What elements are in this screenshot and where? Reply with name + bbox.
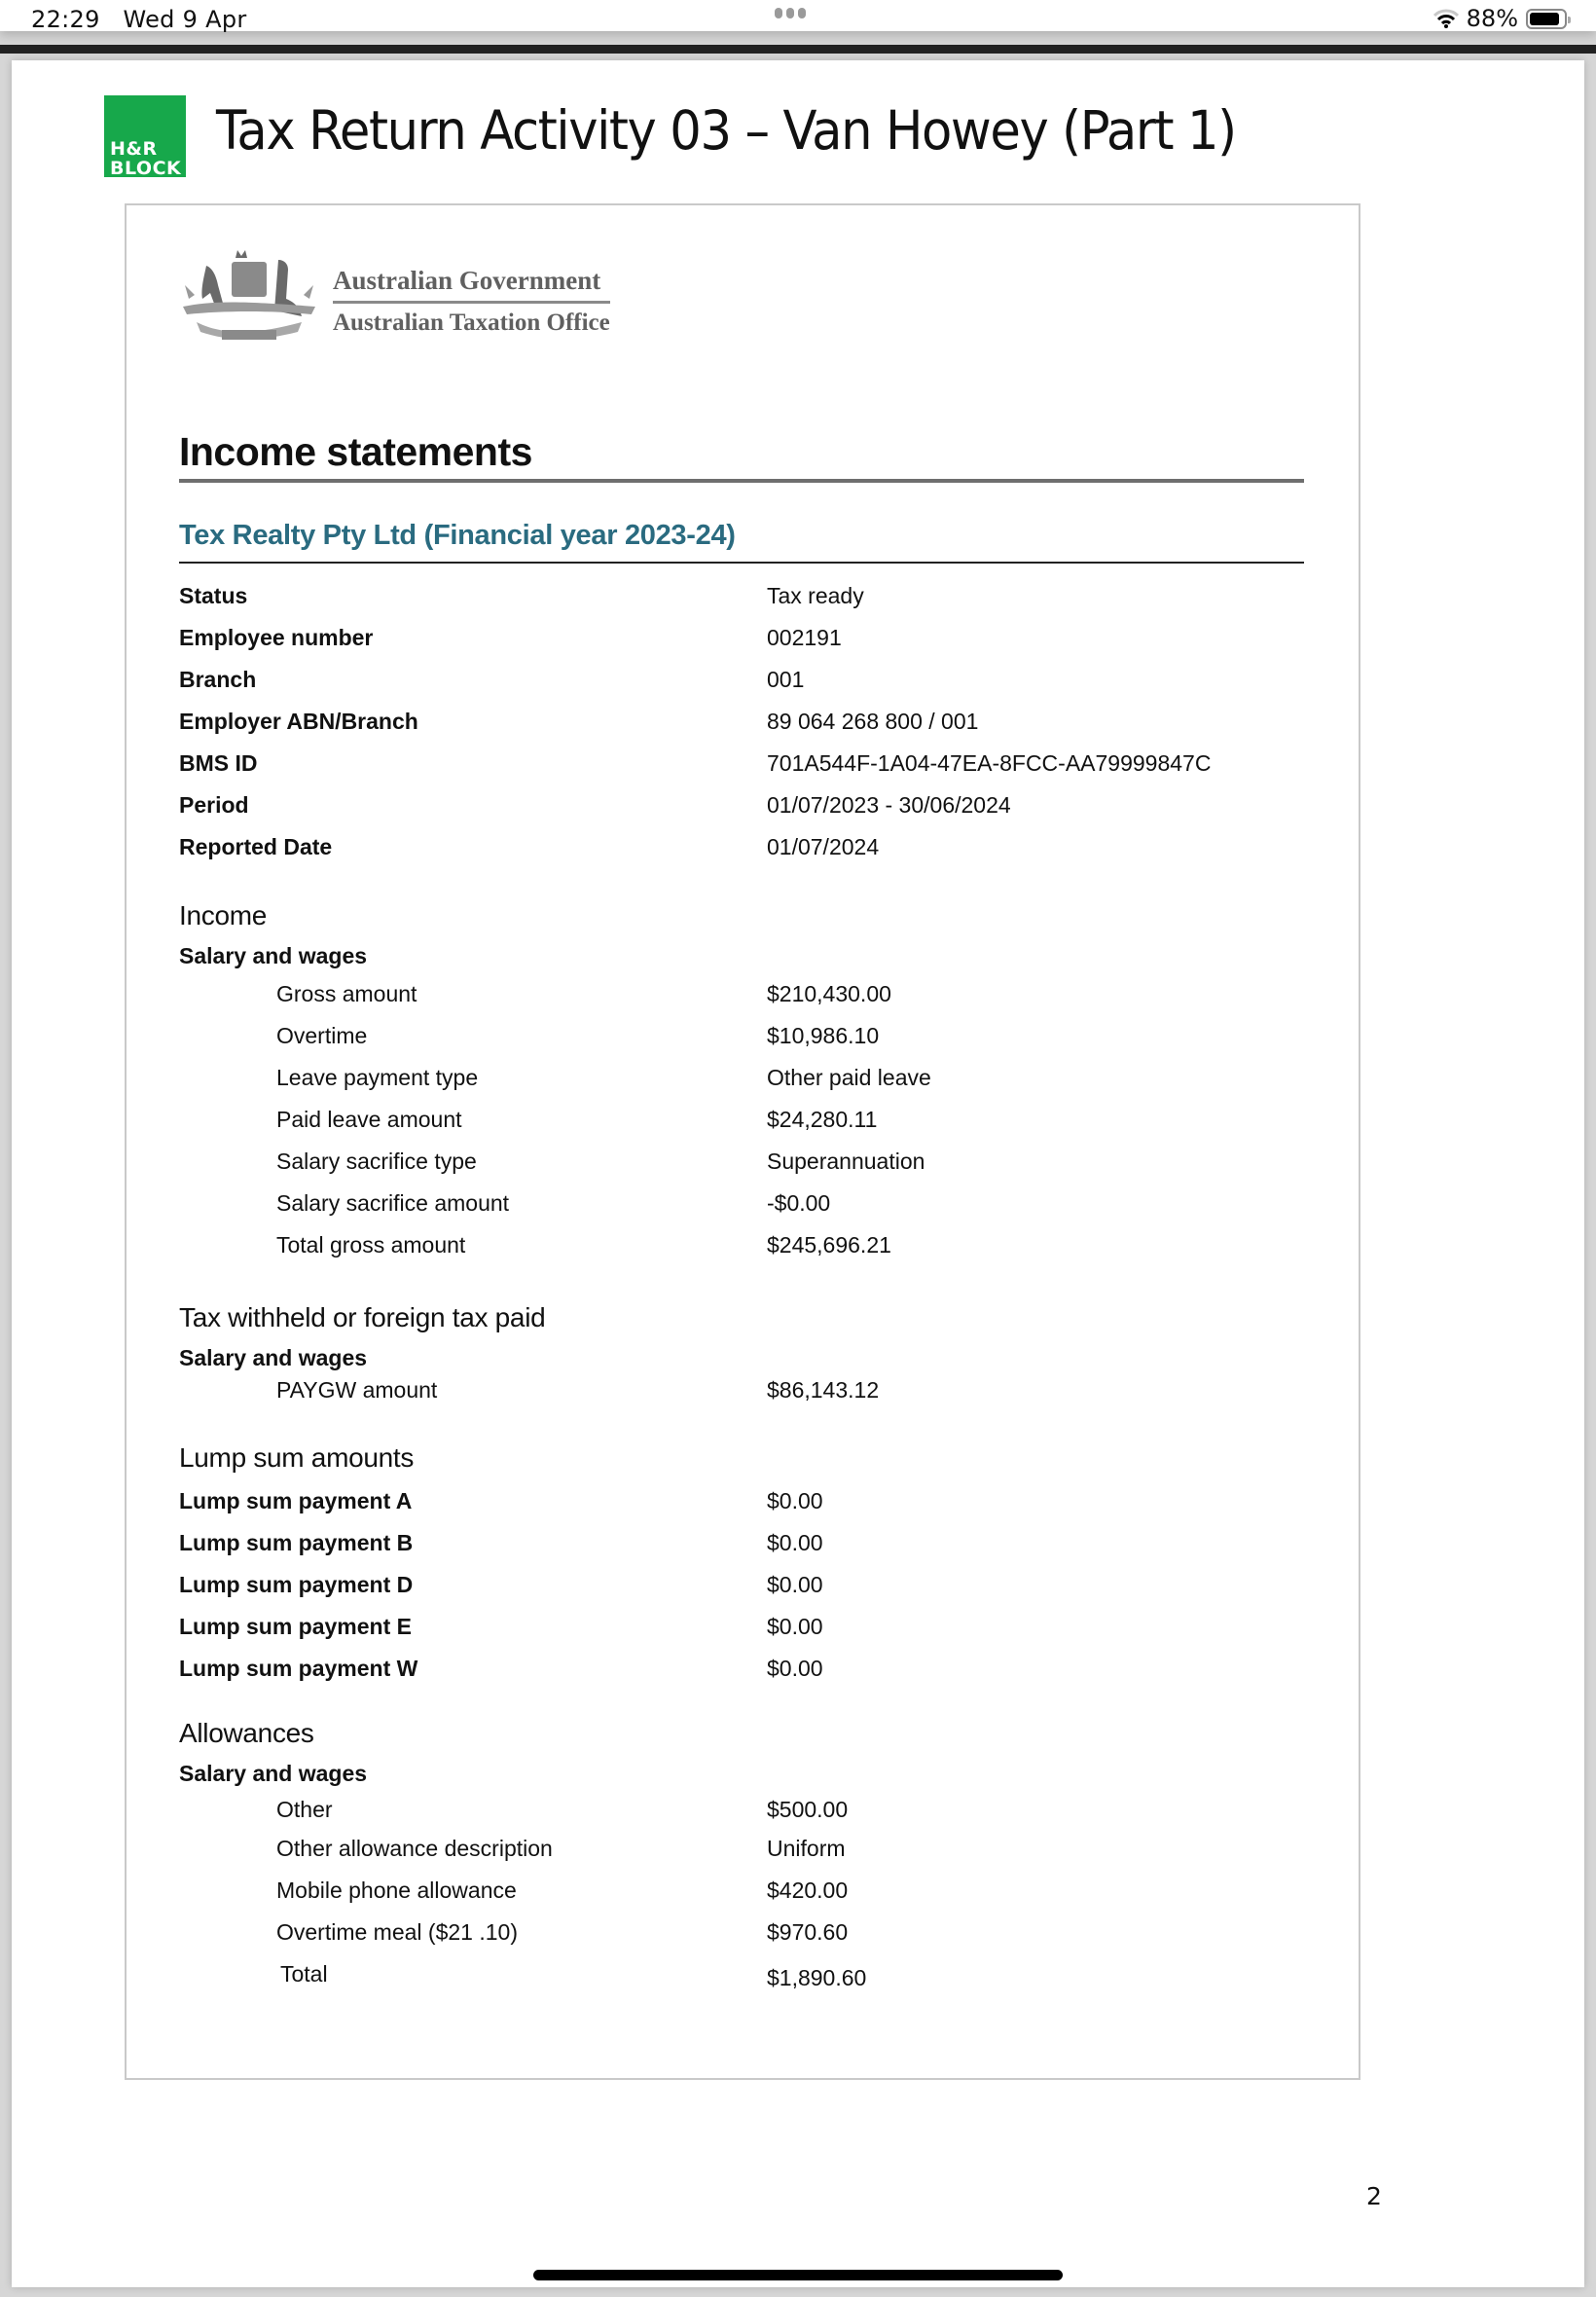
income-row: Salary sacrifice amount-$0.00 bbox=[179, 1183, 1304, 1224]
text: 22:29 bbox=[31, 6, 100, 33]
ato-office-label: Australian Taxation Office bbox=[333, 304, 610, 337]
row-label: Overtime bbox=[276, 1015, 367, 1057]
row-label: Other bbox=[276, 1791, 333, 1828]
income-section-title: Income bbox=[179, 893, 1304, 938]
document-title: Tax Return Activity 03 – Van Howey (Part… bbox=[216, 99, 1236, 162]
battery-icon bbox=[1526, 9, 1567, 29]
row-label: Reported Date bbox=[179, 826, 332, 868]
statement-info: StatusTax ready Employee number002191 Br… bbox=[179, 575, 1304, 868]
row-value: Uniform bbox=[767, 1828, 846, 1870]
coat-of-arms-icon bbox=[177, 246, 321, 355]
home-indicator[interactable] bbox=[533, 2270, 1063, 2280]
row-label: BMS ID bbox=[179, 743, 258, 784]
row-value: $0.00 bbox=[767, 1648, 823, 1690]
lump-sum-row: Lump sum payment B$0.00 bbox=[179, 1522, 1304, 1564]
hr-block-logo: H&R BLOCK bbox=[104, 95, 186, 177]
row-label: Salary sacrifice amount bbox=[276, 1183, 509, 1224]
status-bar: 22:29 Wed 9 Apr 88% bbox=[0, 0, 1596, 31]
row-value: $10,986.10 bbox=[767, 1015, 879, 1057]
income-row: Paid leave amount$24,280.11 bbox=[179, 1099, 1304, 1141]
employer-heading: Tex Realty Pty Ltd (Financial year 2023-… bbox=[179, 520, 1304, 564]
ato-header: Australian Government Australian Taxatio… bbox=[177, 246, 610, 355]
info-row-period: Period01/07/2023 - 30/06/2024 bbox=[179, 784, 1304, 826]
tax-withheld-group-title: Salary and wages bbox=[179, 1340, 1304, 1375]
row-label: Employee number bbox=[179, 617, 373, 659]
statement-heading: Income statements bbox=[179, 429, 1304, 483]
row-label: Other allowance description bbox=[276, 1828, 553, 1870]
row-label: Lump sum payment W bbox=[179, 1648, 417, 1690]
allowance-row: Other$500.00 bbox=[179, 1791, 1304, 1828]
row-value: $86,143.12 bbox=[767, 1375, 879, 1404]
row-value: $245,696.21 bbox=[767, 1224, 891, 1266]
row-label: Lump sum payment B bbox=[179, 1522, 413, 1564]
allowances-section-title: Allowances bbox=[179, 1711, 1304, 1756]
document-page: H&R BLOCK Tax Return Activity 03 – Van H… bbox=[12, 60, 1584, 2287]
row-value: $0.00 bbox=[767, 1564, 823, 1606]
tax-withheld-row: PAYGW amount$86,143.12 bbox=[179, 1375, 1304, 1404]
info-row-branch: Branch001 bbox=[179, 659, 1304, 701]
row-label: Leave payment type bbox=[276, 1057, 478, 1099]
row-label: Mobile phone allowance bbox=[276, 1870, 517, 1912]
tax-withheld-section-title: Tax withheld or foreign tax paid bbox=[179, 1295, 1304, 1340]
row-label: Total bbox=[280, 1953, 328, 1995]
ato-government-label: Australian Government bbox=[333, 266, 610, 304]
row-value: $0.00 bbox=[767, 1480, 823, 1522]
row-label: Lump sum payment E bbox=[179, 1606, 412, 1648]
info-row-status: StatusTax ready bbox=[179, 575, 1304, 617]
row-label: PAYGW amount bbox=[276, 1375, 437, 1404]
row-value: $970.60 bbox=[767, 1912, 848, 1953]
row-label: Paid leave amount bbox=[276, 1099, 462, 1141]
text: BLOCK bbox=[110, 159, 186, 178]
allowance-row: Overtime meal ($21 .10)$970.60 bbox=[179, 1912, 1304, 1953]
multitasking-dots-icon[interactable] bbox=[775, 8, 806, 18]
row-value: $24,280.11 bbox=[767, 1099, 877, 1141]
income-row: Leave payment typeOther paid leave bbox=[179, 1057, 1304, 1099]
row-value: 01/07/2024 bbox=[767, 826, 879, 868]
row-value: 701A544F-1A04-47EA-8FCC-AA79999847C bbox=[767, 743, 1211, 784]
battery-percent: 88% bbox=[1467, 5, 1518, 32]
row-label: Period bbox=[179, 784, 249, 826]
toolbar-divider bbox=[0, 45, 1596, 54]
allowance-total-row: Total$1,890.60 bbox=[179, 1953, 1304, 1995]
income-row: Total gross amount$245,696.21 bbox=[179, 1224, 1304, 1266]
text: Wed 9 Apr bbox=[123, 6, 246, 33]
row-label: Salary sacrifice type bbox=[276, 1141, 477, 1183]
row-value: $210,430.00 bbox=[767, 973, 891, 1015]
page-number: 2 bbox=[1366, 2182, 1382, 2210]
row-value: 89 064 268 800 / 001 bbox=[767, 701, 978, 743]
income-statement-frame: Australian Government Australian Taxatio… bbox=[125, 203, 1360, 2080]
lump-sum-row: Lump sum payment A$0.00 bbox=[179, 1480, 1304, 1522]
row-label: Lump sum payment A bbox=[179, 1480, 412, 1522]
row-label: Status bbox=[179, 575, 247, 617]
row-value: $420.00 bbox=[767, 1870, 848, 1912]
row-value: $1,890.60 bbox=[767, 1957, 866, 1999]
row-label: Employer ABN/Branch bbox=[179, 701, 418, 743]
row-value: Superannuation bbox=[767, 1141, 925, 1183]
row-value: $0.00 bbox=[767, 1522, 823, 1564]
row-label: Lump sum payment D bbox=[179, 1564, 413, 1606]
row-value: 002191 bbox=[767, 617, 842, 659]
lump-sum-row: Lump sum payment D$0.00 bbox=[179, 1564, 1304, 1606]
income-row: Salary sacrifice typeSuperannuation bbox=[179, 1141, 1304, 1183]
info-row-abn: Employer ABN/Branch89 064 268 800 / 001 bbox=[179, 701, 1304, 743]
info-row-reported-date: Reported Date01/07/2024 bbox=[179, 826, 1304, 868]
row-value: Tax ready bbox=[767, 575, 864, 617]
wifi-icon bbox=[1433, 9, 1459, 28]
row-value: 01/07/2023 - 30/06/2024 bbox=[767, 784, 1011, 826]
row-label: Total gross amount bbox=[276, 1224, 465, 1266]
row-label: Overtime meal ($21 .10) bbox=[276, 1912, 518, 1953]
row-label: Branch bbox=[179, 659, 256, 701]
row-value: $500.00 bbox=[767, 1791, 848, 1828]
info-row-bms-id: BMS ID701A544F-1A04-47EA-8FCC-AA79999847… bbox=[179, 743, 1304, 784]
statement-content: Income statements Tex Realty Pty Ltd (Fi… bbox=[179, 429, 1304, 1995]
row-value: 001 bbox=[767, 659, 804, 701]
row-value: Other paid leave bbox=[767, 1057, 931, 1099]
income-row: Gross amount$210,430.00 bbox=[179, 973, 1304, 1015]
allowance-row: Other allowance descriptionUniform bbox=[179, 1828, 1304, 1870]
allowance-row: Mobile phone allowance$420.00 bbox=[179, 1870, 1304, 1912]
row-value: $0.00 bbox=[767, 1606, 823, 1648]
lump-sum-section-title: Lump sum amounts bbox=[179, 1436, 1304, 1480]
lump-sum-row: Lump sum payment E$0.00 bbox=[179, 1606, 1304, 1648]
status-time: 22:29 Wed 9 Apr bbox=[31, 6, 247, 33]
lump-sum-row: Lump sum payment W$0.00 bbox=[179, 1648, 1304, 1690]
allowances-group-title: Salary and wages bbox=[179, 1756, 1304, 1791]
text: H&R bbox=[110, 139, 186, 159]
income-group-title: Salary and wages bbox=[179, 938, 1304, 973]
row-label: Gross amount bbox=[276, 973, 417, 1015]
income-row: Overtime$10,986.10 bbox=[179, 1015, 1304, 1057]
row-value: -$0.00 bbox=[767, 1183, 830, 1224]
info-row-employee-number: Employee number002191 bbox=[179, 617, 1304, 659]
